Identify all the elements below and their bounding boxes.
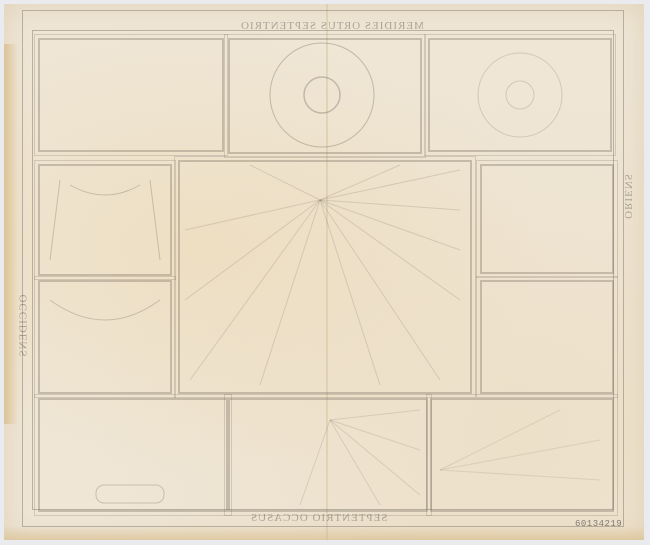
- bottom-heading: SEPTENTRIO OCCASUS: [250, 512, 388, 524]
- dial-inner-circle: [304, 77, 340, 113]
- inventory-number: 60134219: [575, 519, 622, 529]
- dial-outer-circle: [270, 43, 374, 147]
- right-side-heading: ORIENS: [622, 173, 634, 219]
- top-heading: MERIDIES ORTUS SEPTENTRIO: [240, 20, 424, 32]
- left-side-heading: OCCIDENS: [18, 294, 30, 357]
- engraving-lines: [0, 0, 650, 545]
